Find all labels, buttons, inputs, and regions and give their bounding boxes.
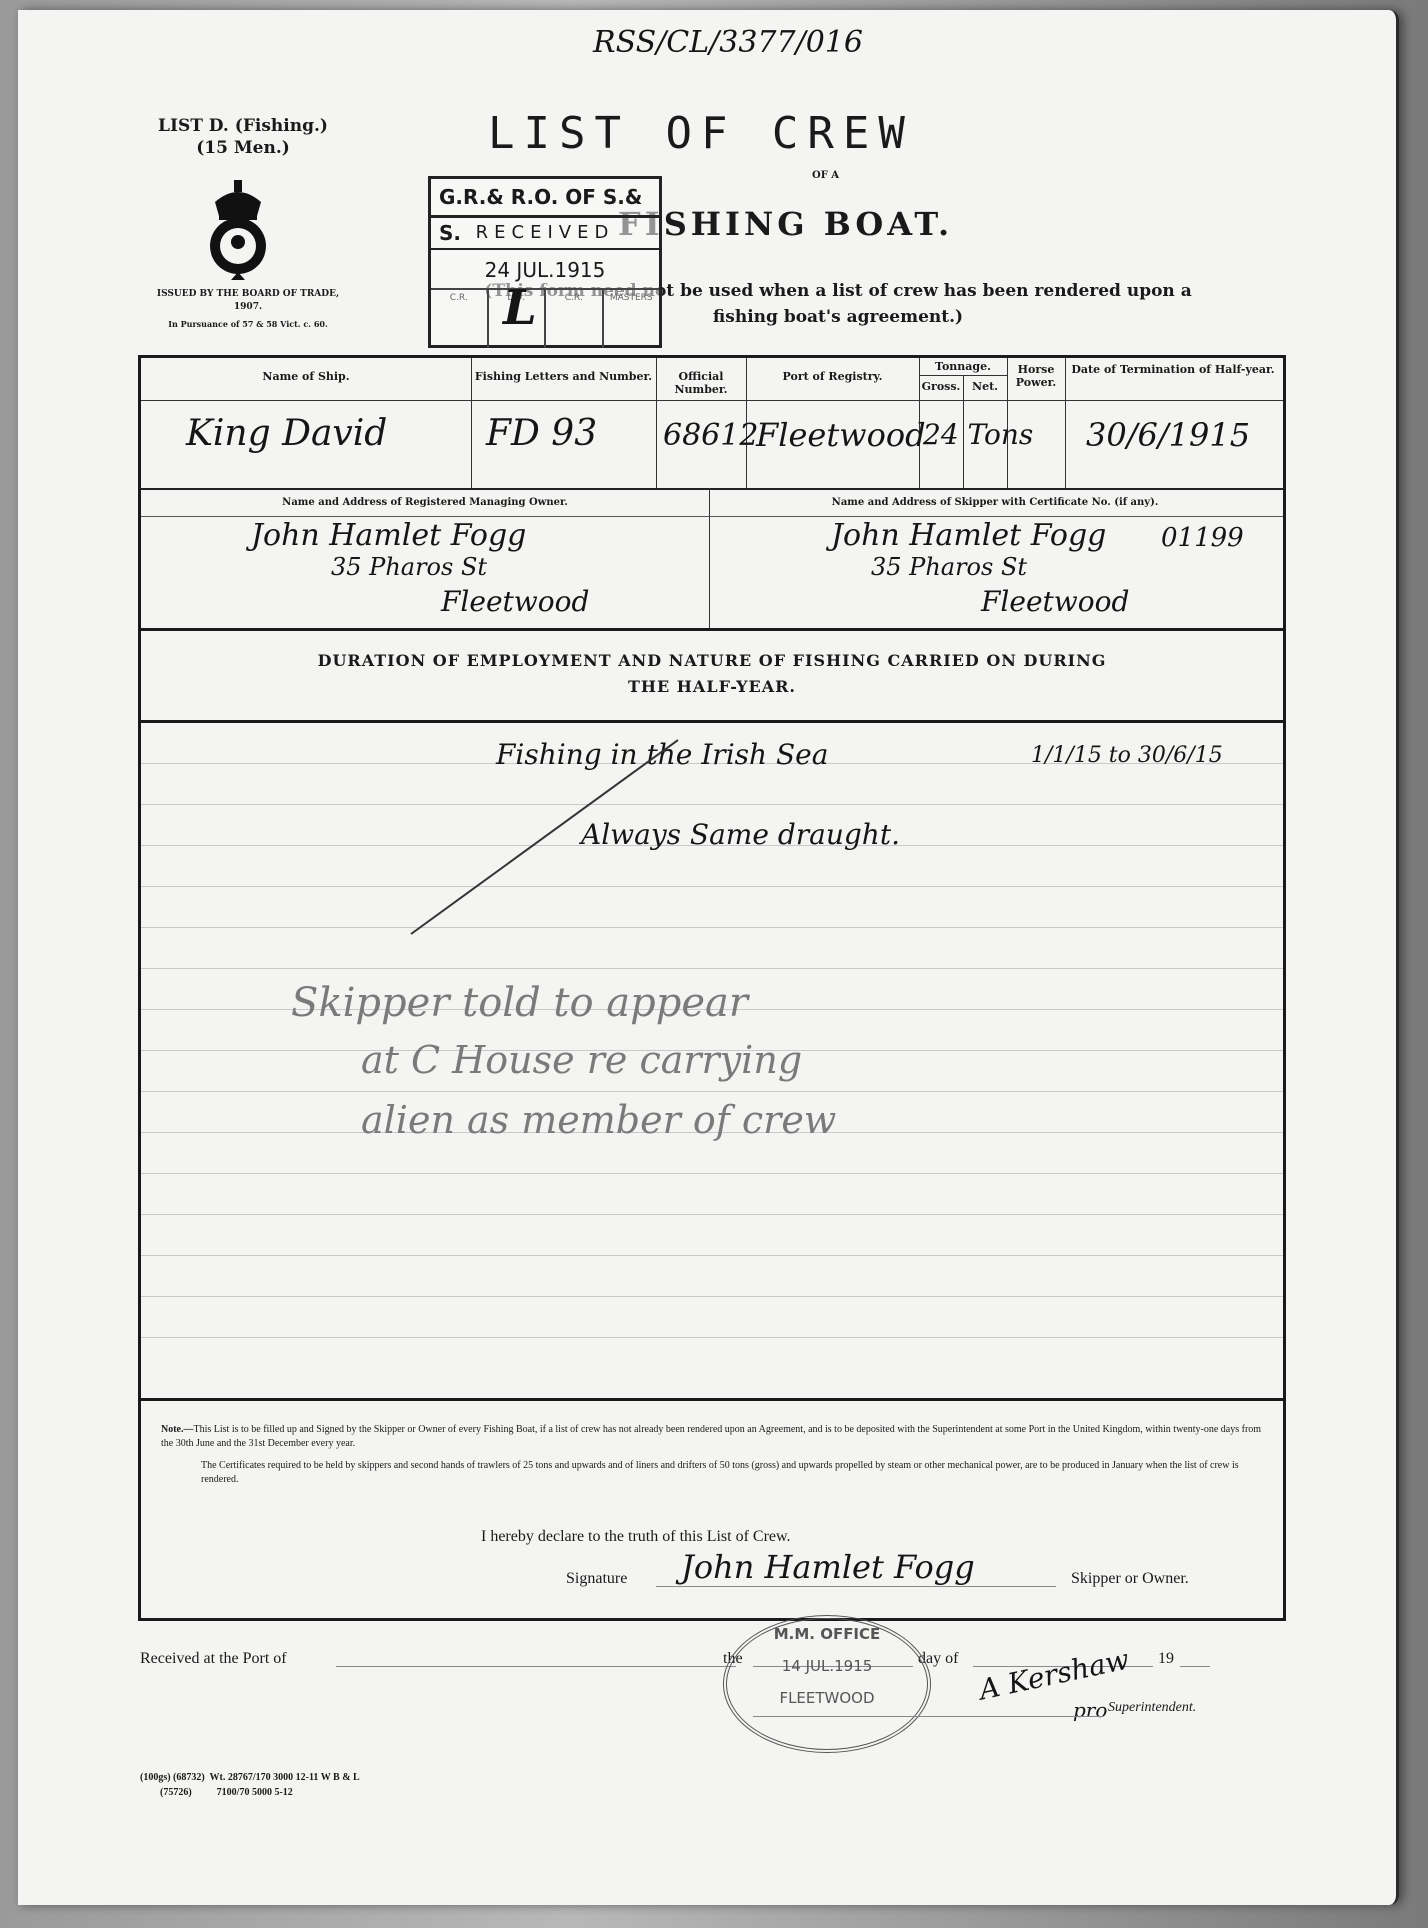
title-connector: OF A (812, 170, 839, 181)
section-divider (141, 628, 1283, 631)
stamp-handwritten-mark: L (503, 280, 537, 336)
value-termination-date: 30/6/1915 (1086, 416, 1250, 454)
print-code-line-1: (100gs) (68732) Wt. 28767/170 3000 12-11… (140, 1770, 360, 1785)
owner-address-line-2: Fleetwood (441, 585, 589, 618)
row-divider (141, 488, 1283, 490)
ruled-line (141, 1296, 1283, 1297)
draught-note: Always Same draught. (581, 818, 900, 851)
receipt-stamp: G.R.& R.O. OF S.& S. RECEIVED 24 JUL.191… (428, 176, 662, 348)
header-port-of-registry: Port of Registry. (746, 370, 919, 383)
pencil-note-line-2: at C House re carrying (361, 1038, 802, 1082)
ruled-line (141, 1255, 1283, 1256)
superintendent-label: Superintendent. (1108, 1700, 1196, 1716)
divider (1065, 358, 1066, 488)
document-subtitle: FISHING BOAT. (618, 205, 953, 243)
print-code: (100gs) (68732) Wt. 28767/170 3000 12-11… (140, 1770, 360, 1800)
value-port-of-registry: Fleetwood (756, 416, 926, 454)
print-code-line-2: (75726) 7100/70 5000 5-12 (140, 1785, 360, 1800)
ruled-line (141, 804, 1283, 805)
divider (709, 488, 710, 628)
section-divider (141, 1398, 1283, 1401)
ruled-line (141, 1173, 1283, 1174)
owner-address-line-1: 35 Pharos St (331, 553, 487, 581)
value-tonnage: 24 Tons (923, 418, 1033, 451)
fishing-dates: 1/1/15 to 30/6/15 (1031, 743, 1223, 768)
header-horse-power: Horse Power. (1007, 363, 1065, 389)
superintendent-signature: A Kershaw (976, 1643, 1132, 1707)
ruled-line (141, 968, 1283, 969)
received-year-prefix: 19 (1158, 1650, 1174, 1668)
pencil-note-line-3: alien as member of crew (361, 1098, 836, 1142)
note-1: This List is to be filled up and Signed … (161, 1424, 1261, 1449)
note-2: The Certificates required to be held by … (161, 1459, 1263, 1487)
list-designation: LIST D. (Fishing.) (15 Men.) (128, 115, 358, 159)
duration-heading-line-2: THE HALF-YEAR. (141, 674, 1283, 700)
value-fishing-letters: FD 93 (486, 413, 597, 454)
skipper-name: John Hamlet Fogg (831, 518, 1106, 553)
list-label: LIST D. (Fishing.) (128, 115, 358, 137)
stamp-cell: MASTERS (604, 290, 660, 348)
header-fishing-letters: Fishing Letters and Number. (471, 370, 656, 383)
document-page: RSS/CL/3377/016 LIST D. (Fishing.) (15 M… (18, 10, 1399, 1905)
skipper-label: Name and Address of Skipper with Certifi… (709, 496, 1281, 509)
section-divider (141, 720, 1283, 723)
office-stamp: M.M. OFFICE 14 JUL.1915 FLEETWOOD (723, 1615, 931, 1753)
signature-label: Signature (566, 1570, 627, 1588)
stamp-received: RECEIVED (431, 218, 659, 250)
crew-form-grid: Name of Ship. Fishing Letters and Number… (138, 355, 1286, 1621)
duration-heading: DURATION OF EMPLOYMENT AND NATURE OF FIS… (141, 648, 1283, 700)
superintendent-line (753, 1716, 1103, 1717)
note-prefix: Note.— (161, 1424, 194, 1435)
office-stamp-date: 14 JUL.1915 (727, 1657, 927, 1675)
signature-role: Skipper or Owner. (1071, 1570, 1189, 1588)
signature: John Hamlet Fogg (681, 1548, 975, 1586)
skipper-certificate: 01199 (1161, 523, 1244, 553)
office-stamp-bottom: FLEETWOOD (727, 1689, 927, 1707)
office-stamp-top: M.M. OFFICE (727, 1625, 927, 1643)
stamp-authority: G.R.& R.O. OF S.& S. (431, 179, 659, 218)
row-divider (141, 400, 1283, 401)
stamp-cell: C.R. (546, 290, 604, 348)
value-name-of-ship: King David (186, 413, 387, 454)
year-line (1180, 1666, 1210, 1667)
header-tonnage: Tonnage. (919, 360, 1007, 373)
pursuance-text: In Pursuance of 57 & 58 Vict. c. 60. (118, 318, 378, 331)
fishing-description: Fishing in the Irish Sea (496, 738, 828, 771)
archive-reference: RSS/CL/3377/016 (593, 25, 863, 60)
ruled-line (141, 1091, 1283, 1092)
stamp-cell: C.R. (431, 290, 489, 348)
owner-label: Name and Address of Registered Managing … (141, 496, 709, 509)
men-label: (15 Men.) (128, 137, 358, 159)
port-line (336, 1666, 736, 1667)
ruled-line (141, 1214, 1283, 1215)
declaration-text: I hereby declare to the truth of this Li… (481, 1528, 791, 1546)
royal-crest-icon (203, 180, 273, 285)
value-official-number: 68612 (663, 418, 758, 453)
skipper-address-line-1: 35 Pharos St (871, 553, 1027, 581)
instructions-note: Note.—This List is to be filled up and S… (161, 1423, 1263, 1495)
header-name-of-ship: Name of Ship. (141, 370, 471, 383)
owner-name: John Hamlet Fogg (251, 518, 526, 553)
pro-mark: pro (1073, 1698, 1107, 1722)
stamp-date: 24 JUL.1915 (431, 250, 659, 288)
header-termination-date: Date of Termination of Half-year. (1065, 363, 1281, 376)
document-title: LIST OF CREW (488, 108, 914, 159)
issued-year: 1907. (118, 301, 378, 314)
ruled-line (141, 927, 1283, 928)
pencil-note-line-1: Skipper told to appear (291, 980, 748, 1026)
signature-line (656, 1586, 1056, 1587)
issuer-block: ISSUED BY THE BOARD OF TRADE, 1907. In P… (118, 288, 378, 331)
header-net: Net. (963, 380, 1007, 393)
ruled-line (141, 1337, 1283, 1338)
duration-heading-line-1: DURATION OF EMPLOYMENT AND NATURE OF FIS… (141, 648, 1283, 674)
row-divider (141, 516, 1283, 517)
received-label: Received at the Port of (140, 1650, 287, 1668)
ruled-line (141, 886, 1283, 887)
header-gross: Gross. (919, 380, 963, 393)
issued-by: ISSUED BY THE BOARD OF TRADE, (118, 288, 378, 301)
skipper-address-line-2: Fleetwood (981, 585, 1129, 618)
stamp-cells: C.R. L.D. C.R. MASTERS (431, 288, 659, 348)
header-official-number: Official Number. (656, 370, 746, 396)
